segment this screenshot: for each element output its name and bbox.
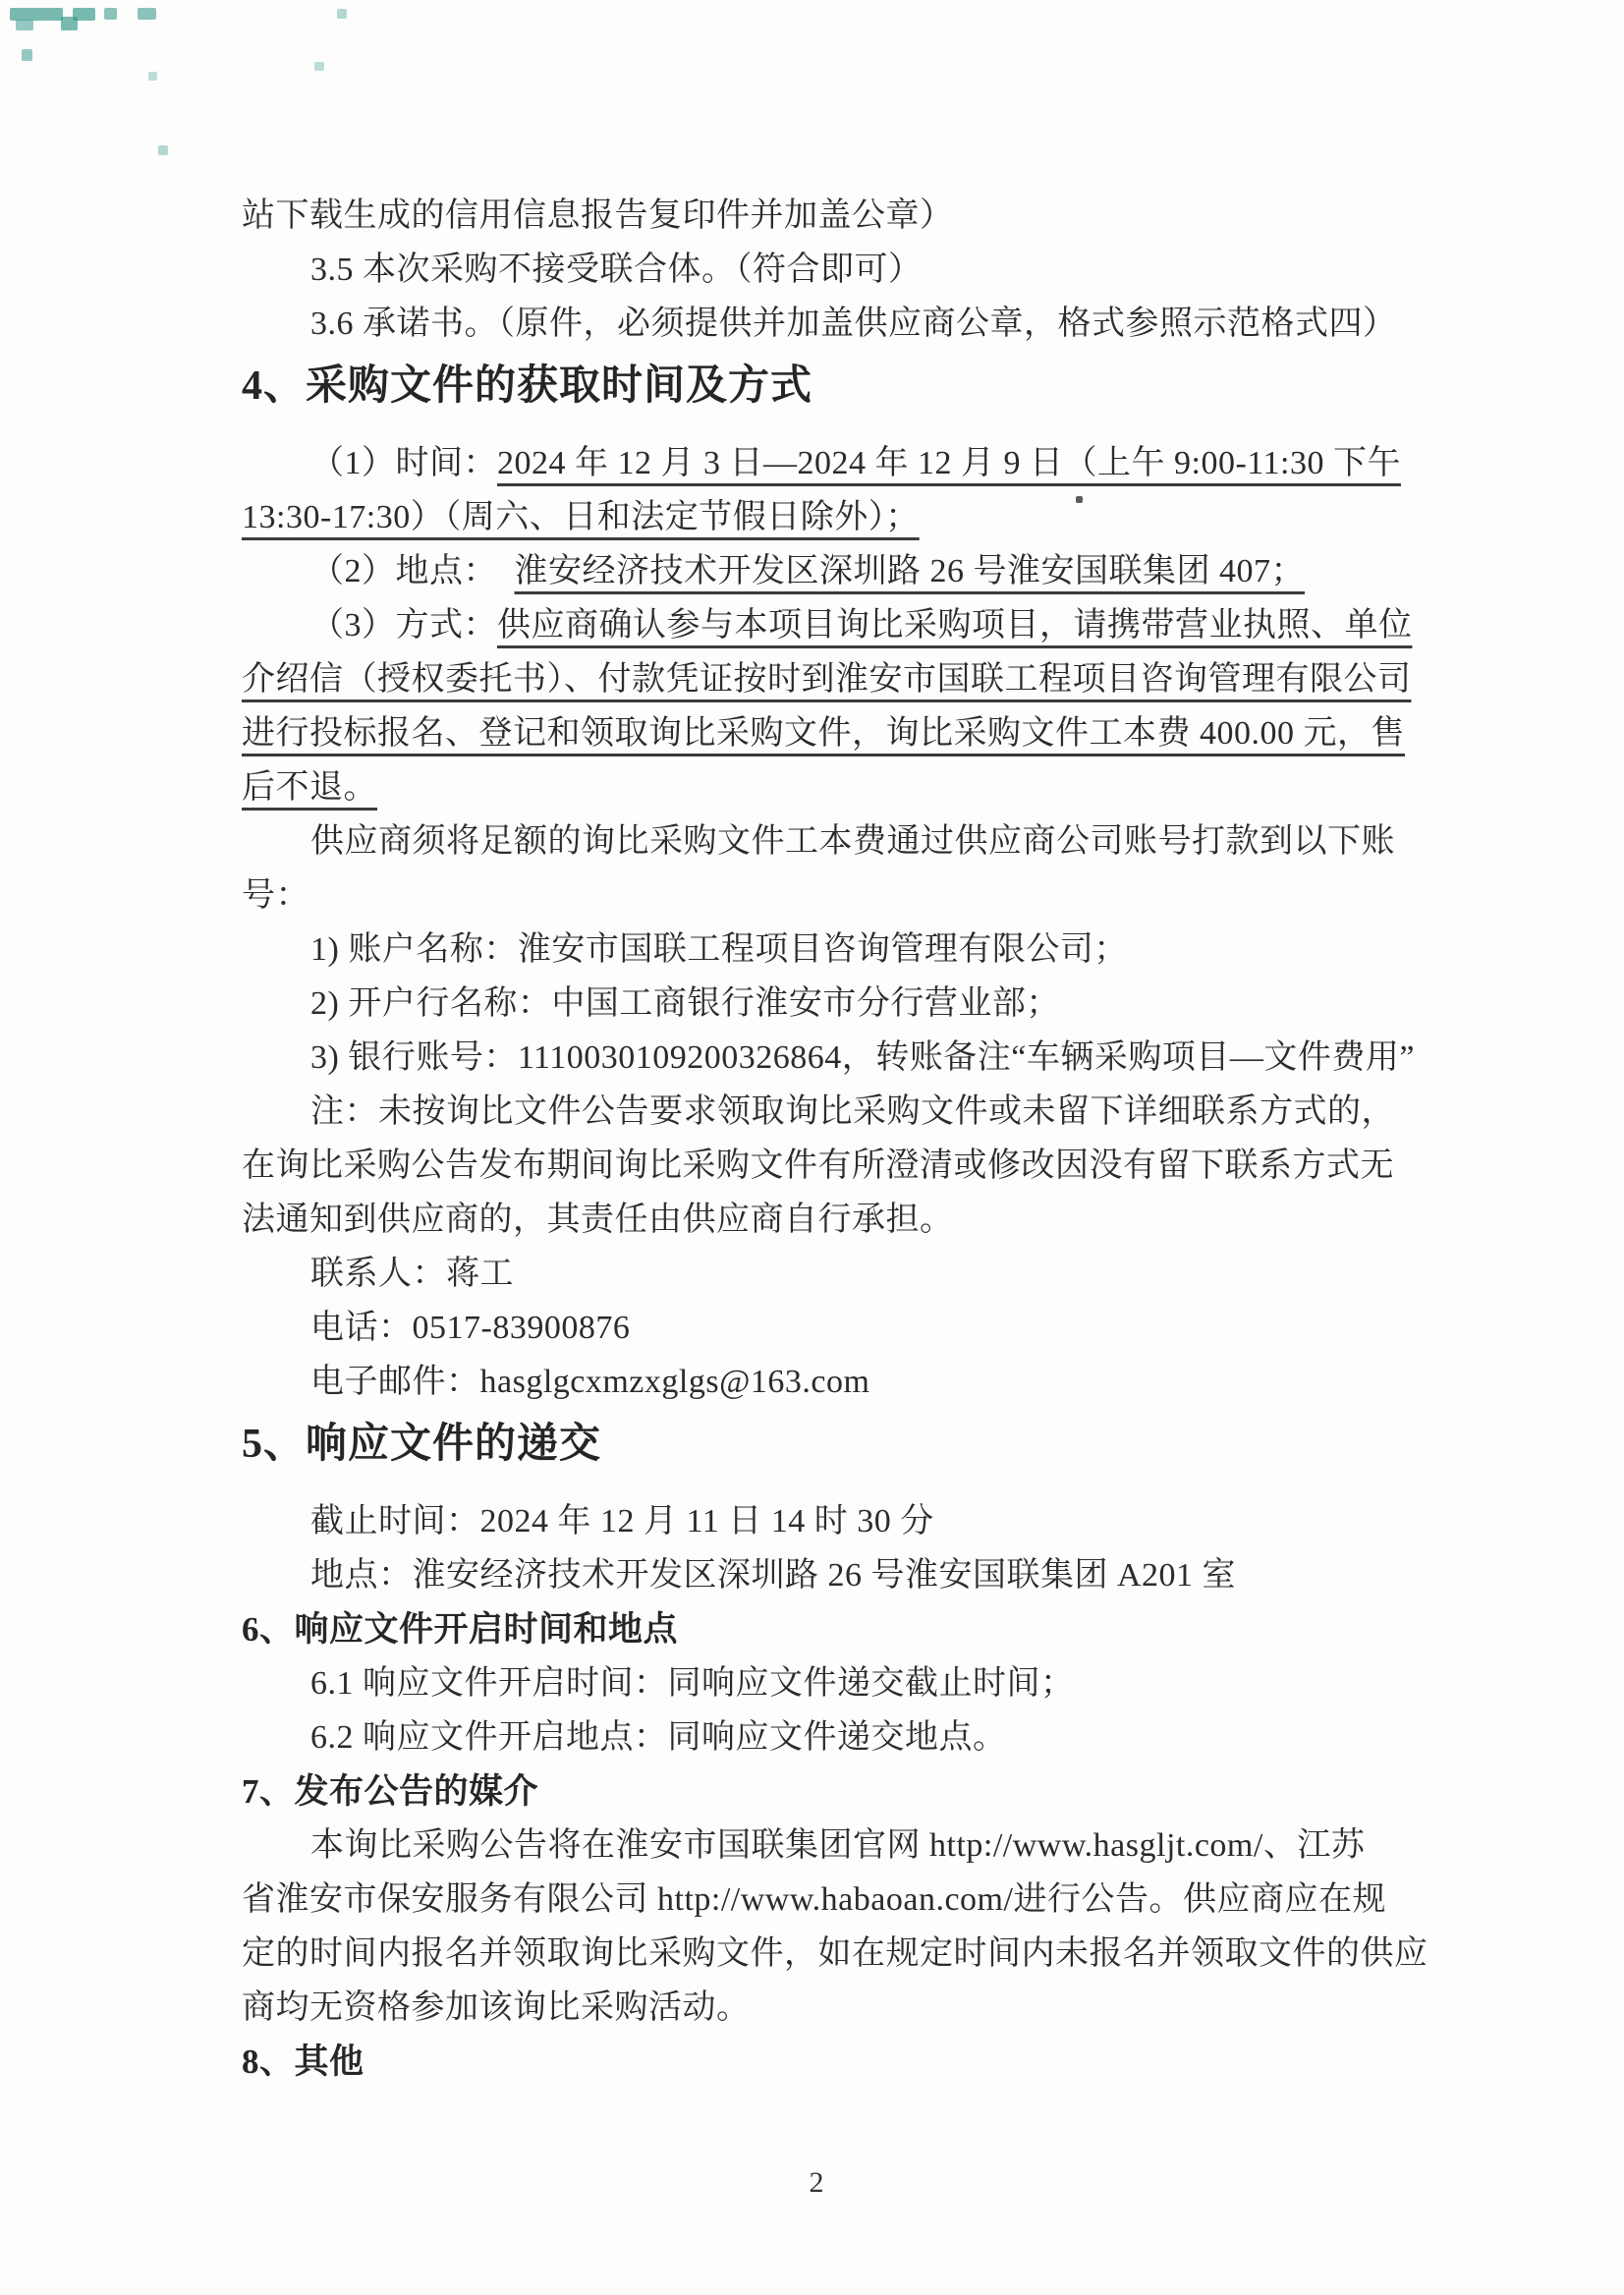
- underlined-text: 13:30-17:30）（周六、日和法定节假日除外）；: [242, 499, 920, 535]
- doc-line: 号：: [242, 868, 1391, 923]
- text-segment: 1) 账户名称：淮安市国联工程项目咨询管理有限公司；: [310, 931, 1128, 968]
- scan-artifact: [158, 145, 168, 155]
- doc-line: 定的时间内报名并领取询比采购文件，如在规定时间内未报名并领取文件的供应: [242, 1927, 1391, 1981]
- scan-artifact: [1076, 496, 1083, 503]
- text-segment: 截止时间：2024 年 12 月 11 日 14 时 30 分: [310, 1503, 934, 1539]
- doc-line: 截止时间：2024 年 12 月 11 日 14 时 30 分: [242, 1494, 1391, 1548]
- section-heading: 7、发布公告的媒介: [242, 1764, 1391, 1819]
- doc-line: 在询比采购公告发布期间询比采购文件有所澄清或修改因没有留下联系方式无: [242, 1139, 1391, 1193]
- text-segment: 8、其他: [242, 2043, 364, 2081]
- doc-line: （2）地点： 淮安经济技术开发区深圳路 26 号淮安国联集团 407；: [242, 544, 1391, 598]
- text-segment: 6.2 响应文件开启地点：同响应文件递交地点。: [310, 1719, 1007, 1756]
- text-segment: 3.5 本次采购不接受联合体。（符合即可）: [310, 252, 923, 288]
- text-segment: 定的时间内报名并领取询比采购文件，如在规定时间内未报名并领取文件的供应: [242, 1935, 1428, 1972]
- underlined-text: 供应商确认参与本项目询比采购项目，请携带营业执照、单位: [497, 607, 1413, 644]
- doc-line: 3) 银行账号：1110030109200326864，转账备注“车辆采购项目—…: [242, 1031, 1391, 1085]
- text-segment: 电子邮件：hasglgcxmzxglgs@163.com: [310, 1364, 869, 1400]
- doc-line: 地点：淮安经济技术开发区深圳路 26 号淮安国联集团 A201 室: [242, 1548, 1391, 1602]
- underlined-text: 介绍信（授权委托书）、付款凭证按时到淮安市国联工程项目咨询管理有限公司: [242, 661, 1412, 698]
- doc-line: 介绍信（授权委托书）、付款凭证按时到淮安市国联工程项目咨询管理有限公司: [242, 652, 1391, 706]
- doc-line: 注：未按询比文件公告要求领取询比采购文件或未留下详细联系方式的，: [242, 1085, 1391, 1139]
- text-segment: 省淮安市保安服务有限公司 http://www.habaoan.com/进行公告…: [242, 1881, 1386, 1918]
- doc-line: （1）时间：2024 年 12 月 3 日—2024 年 12 月 9 日（上午…: [242, 436, 1391, 490]
- underlined-text: 进行投标报名、登记和领取询比采购文件，询比采购文件工本费 400.00 元，售: [242, 715, 1405, 752]
- text-segment: 3) 银行账号：1110030109200326864，转账备注“车辆采购项目—…: [310, 1039, 1415, 1076]
- doc-line: 进行投标报名、登记和领取询比采购文件，询比采购文件工本费 400.00 元，售: [242, 706, 1391, 760]
- doc-line: 后不退。: [242, 760, 1391, 814]
- section-heading: 6、响应文件开启时间和地点: [242, 1602, 1391, 1656]
- text-segment: 商均无资格参加该询比采购活动。: [242, 1989, 751, 2026]
- doc-line: 1) 账户名称：淮安市国联工程项目咨询管理有限公司；: [242, 923, 1391, 977]
- text-segment: 本询比采购公告将在淮安市国联集团官网 http://www.hasgljt.co…: [310, 1827, 1365, 1864]
- text-segment: 5、响应文件的递交: [242, 1422, 601, 1467]
- text-segment: 6、响应文件开启时间和地点: [242, 1610, 678, 1649]
- text-segment: 注：未按询比文件公告要求领取询比采购文件或未留下详细联系方式的，: [310, 1093, 1395, 1130]
- doc-line: 供应商须将足额的询比采购文件工本费通过供应商公司账号打款到以下账: [242, 814, 1391, 868]
- text-segment: 地点：淮安经济技术开发区深圳路 26 号淮安国联集团 A201 室: [310, 1557, 1236, 1594]
- doc-line: 2) 开户行名称：中国工商银行淮安市分行营业部；: [242, 977, 1391, 1031]
- doc-line: 电话：0517-83900876: [242, 1301, 1391, 1355]
- doc-line: 6.2 响应文件开启地点：同响应文件递交地点。: [242, 1710, 1391, 1764]
- document-page: 站下载生成的信用信息报告复印件并加盖公章）3.5 本次采购不接受联合体。（符合即…: [0, 0, 1624, 2295]
- text-segment: 联系人：蒋工: [310, 1256, 514, 1292]
- underlined-text: 后不退。: [242, 769, 377, 806]
- scan-artifact: [104, 8, 117, 20]
- doc-line: 商均无资格参加该询比采购活动。: [242, 1981, 1391, 2035]
- scan-artifact: [138, 8, 156, 20]
- doc-line: 3.6 承诺书。（原件，必须提供并加盖供应商公章，格式参照示范格式四）: [242, 297, 1391, 351]
- scan-artifact: [337, 9, 347, 19]
- text-segment: 站下载生成的信用信息报告复印件并加盖公章）: [242, 197, 954, 234]
- text-segment: （1）时间：: [310, 445, 497, 481]
- text-segment: 号：: [242, 877, 309, 914]
- text-segment: 7、发布公告的媒介: [242, 1772, 538, 1811]
- doc-line: 3.5 本次采购不接受联合体。（符合即可）: [242, 243, 1391, 297]
- text-segment: 供应商须将足额的询比采购文件工本费通过供应商公司账号打款到以下账: [310, 823, 1395, 860]
- underlined-text: 2024 年 12 月 3 日—2024 年 12 月 9 日（上午 9:00-…: [497, 445, 1401, 481]
- text-segment: 法通知到供应商的，其责任由供应商自行承担。: [242, 1202, 954, 1238]
- section-heading: 5、响应文件的递交: [242, 1414, 1391, 1494]
- text-segment: 6.1 响应文件开启时间：同响应文件递交截止时间；: [310, 1665, 1075, 1702]
- text-segment: 4、采购文件的获取时间及方式: [242, 364, 812, 409]
- doc-line: 站下载生成的信用信息报告复印件并加盖公章）: [242, 189, 1391, 243]
- scan-artifact: [22, 49, 32, 61]
- text-segment: 电话：0517-83900876: [310, 1310, 630, 1346]
- text-segment: 在询比采购公告发布期间询比采购文件有所澄清或修改因没有留下联系方式无: [242, 1147, 1394, 1184]
- doc-content: 站下载生成的信用信息报告复印件并加盖公章）3.5 本次采购不接受联合体。（符合即…: [0, 0, 1391, 2089]
- doc-line: 法通知到供应商的，其责任由供应商自行承担。: [242, 1193, 1391, 1247]
- doc-line: 13:30-17:30）（周六、日和法定节假日除外）；: [242, 490, 1391, 544]
- text-segment: （2）地点：: [310, 553, 515, 589]
- text-segment: 3.6 承诺书。（原件，必须提供并加盖供应商公章，格式参照示范格式四）: [310, 306, 1397, 342]
- section-heading: 4、采购文件的获取时间及方式: [242, 356, 1391, 436]
- doc-line: 电子邮件：hasglgcxmzxglgs@163.com: [242, 1355, 1391, 1409]
- scan-artifact: [148, 72, 157, 81]
- text-segment: （3）方式：: [310, 607, 497, 644]
- scan-artifact: [73, 8, 95, 21]
- text-segment: 2) 开户行名称：中国工商银行淮安市分行营业部；: [310, 985, 1060, 1022]
- underlined-text: 淮安经济技术开发区深圳路 26 号淮安国联集团 407；: [515, 553, 1306, 589]
- section-heading: 8、其他: [242, 2035, 1391, 2089]
- doc-line: 省淮安市保安服务有限公司 http://www.habaoan.com/进行公告…: [242, 1873, 1391, 1927]
- page-number: 2: [242, 2163, 1391, 2203]
- doc-line: 本询比采购公告将在淮安市国联集团官网 http://www.hasgljt.co…: [242, 1819, 1391, 1873]
- doc-line: 联系人：蒋工: [242, 1247, 1391, 1301]
- doc-line: （3）方式：供应商确认参与本项目询比采购项目，请携带营业执照、单位: [242, 598, 1391, 652]
- doc-line: 6.1 响应文件开启时间：同响应文件递交截止时间；: [242, 1656, 1391, 1710]
- scan-artifact: [16, 20, 33, 30]
- scan-artifact: [314, 62, 324, 71]
